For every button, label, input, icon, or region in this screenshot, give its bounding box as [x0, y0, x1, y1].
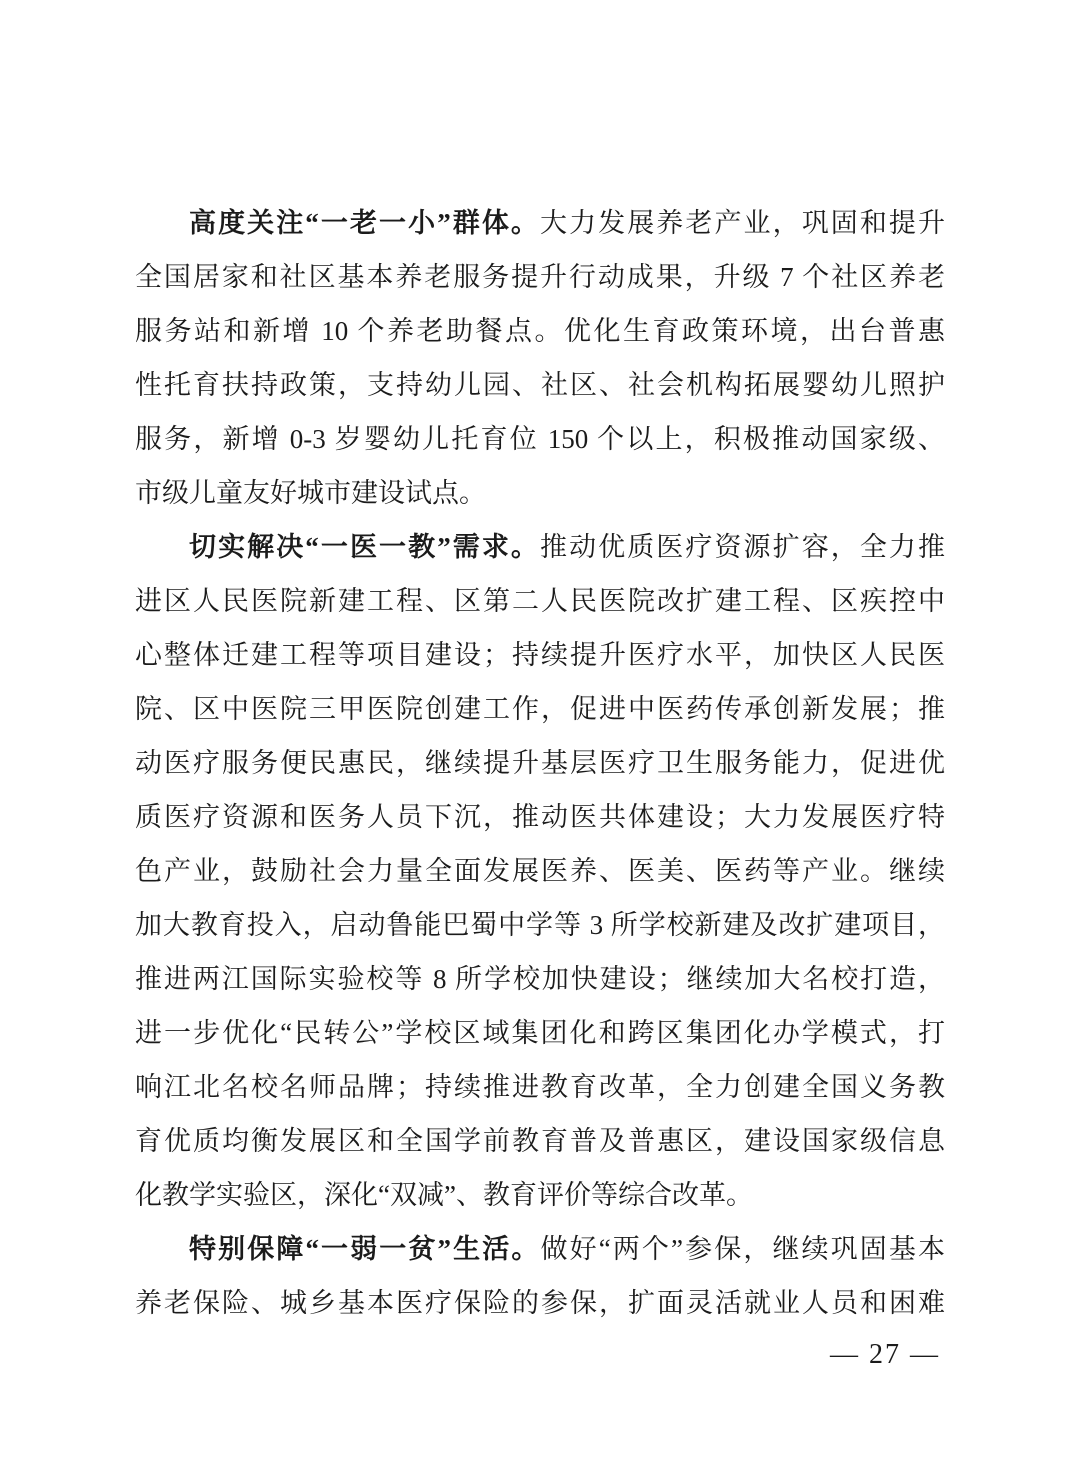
paragraph-text: 院、区中医院三甲医院创建工作，促进中医药传承创新发展；推: [135, 694, 945, 724]
paragraph-text: 质医疗资源和医务人员下沉，推动医共体建设；大力发展医疗特: [135, 802, 945, 832]
page-number-label: — 27 —: [830, 1339, 940, 1370]
text-line: 化教学实验区，深化“双减”、教育评价等综合改革。: [135, 1168, 945, 1222]
paragraph-text: 推动优质医疗资源扩容，全力推: [540, 532, 945, 562]
paragraph-lead-bold: 高度关注“一老一小”群体。: [189, 208, 540, 238]
text-line: 全国居家和社区基本养老服务提升行动成果，升级 7 个社区养老: [135, 250, 945, 304]
paragraph-text: 进区人民医院新建工程、区第二人民医院改扩建工程、区疾控中: [135, 586, 945, 616]
paragraph-text: 养老保险、城乡基本医疗保险的参保，扩面灵活就业人员和困难: [135, 1288, 945, 1318]
paragraph-text: 做好“两个”参保，继续巩固基本: [540, 1234, 945, 1264]
text-line: 特别保障“一弱一贫”生活。做好“两个”参保，继续巩固基本: [135, 1222, 945, 1276]
paragraph: 特别保障“一弱一贫”生活。做好“两个”参保，继续巩固基本养老保险、城乡基本医疗保…: [135, 1222, 945, 1330]
paragraph-text: 推进两江国际实验校等 8 所学校加快建设；继续加大名校打造，: [135, 964, 945, 994]
text-line: 推进两江国际实验校等 8 所学校加快建设；继续加大名校打造，: [135, 952, 945, 1006]
text-line: 高度关注“一老一小”群体。大力发展养老产业，巩固和提升: [135, 196, 945, 250]
paragraph-lead-bold: 特别保障“一弱一贫”生活。: [189, 1234, 540, 1264]
text-line: 性托育扶持政策，支持幼儿园、社区、社会机构拓展婴幼儿照护: [135, 358, 945, 412]
text-line: 服务站和新增 10 个养老助餐点。优化生育政策环境，出台普惠: [135, 304, 945, 358]
text-line: 服务，新增 0-3 岁婴幼儿托育位 150 个以上，积极推动国家级、: [135, 412, 945, 466]
paragraph-text: 大力发展养老产业，巩固和提升: [540, 208, 945, 238]
paragraph-text: 性托育扶持政策，支持幼儿园、社区、社会机构拓展婴幼儿照护: [135, 370, 945, 400]
text-line: 院、区中医院三甲医院创建工作，促进中医药传承创新发展；推: [135, 682, 945, 736]
document-body: 高度关注“一老一小”群体。大力发展养老产业，巩固和提升全国居家和社区基本养老服务…: [135, 196, 945, 1330]
document-page: 高度关注“一老一小”群体。大力发展养老产业，巩固和提升全国居家和社区基本养老服务…: [0, 0, 1074, 1458]
paragraph-text: 进一步优化“民转公”学校区域集团化和跨区集团化办学模式，打: [135, 1018, 945, 1048]
text-line: 动医疗服务便民惠民，继续提升基层医疗卫生服务能力，促进优: [135, 736, 945, 790]
text-line: 心整体迁建工程等项目建设；持续提升医疗水平，加快区人民医: [135, 628, 945, 682]
paragraph-text: 服务站和新增 10 个养老助餐点。优化生育政策环境，出台普惠: [135, 316, 945, 346]
text-line: 进区人民医院新建工程、区第二人民医院改扩建工程、区疾控中: [135, 574, 945, 628]
text-line: 育优质均衡发展区和全国学前教育普及普惠区，建设国家级信息: [135, 1114, 945, 1168]
paragraph-lead-bold: 切实解决“一医一教”需求。: [189, 532, 540, 562]
page-number: — 27 —: [830, 1338, 940, 1372]
paragraph-text: 全国居家和社区基本养老服务提升行动成果，升级 7 个社区养老: [135, 262, 945, 292]
paragraph-text: 化教学实验区，深化“双减”、教育评价等综合改革。: [135, 1180, 753, 1210]
text-line: 养老保险、城乡基本医疗保险的参保，扩面灵活就业人员和困难: [135, 1276, 945, 1330]
paragraph-text: 心整体迁建工程等项目建设；持续提升医疗水平，加快区人民医: [135, 640, 945, 670]
paragraph-text: 响江北名校名师品牌；持续推进教育改革，全力创建全国义务教: [135, 1072, 945, 1102]
text-line: 切实解决“一医一教”需求。推动优质医疗资源扩容，全力推: [135, 520, 945, 574]
text-line: 市级儿童友好城市建设试点。: [135, 466, 945, 520]
text-line: 质医疗资源和医务人员下沉，推动医共体建设；大力发展医疗特: [135, 790, 945, 844]
paragraph-text: 色产业，鼓励社会力量全面发展医养、医美、医药等产业。继续: [135, 856, 945, 886]
text-line: 色产业，鼓励社会力量全面发展医养、医美、医药等产业。继续: [135, 844, 945, 898]
paragraph: 切实解决“一医一教”需求。推动优质医疗资源扩容，全力推进区人民医院新建工程、区第…: [135, 520, 945, 1222]
paragraph-text: 动医疗服务便民惠民，继续提升基层医疗卫生服务能力，促进优: [135, 748, 945, 778]
paragraph: 高度关注“一老一小”群体。大力发展养老产业，巩固和提升全国居家和社区基本养老服务…: [135, 196, 945, 520]
paragraph-text: 服务，新增 0-3 岁婴幼儿托育位 150 个以上，积极推动国家级、: [135, 424, 945, 454]
text-line: 响江北名校名师品牌；持续推进教育改革，全力创建全国义务教: [135, 1060, 945, 1114]
paragraph-text: 加大教育投入，启动鲁能巴蜀中学等 3 所学校新建及改扩建项目，: [135, 910, 945, 940]
paragraph-text: 市级儿童友好城市建设试点。: [135, 478, 486, 508]
paragraph-text: 育优质均衡发展区和全国学前教育普及普惠区，建设国家级信息: [135, 1126, 945, 1156]
text-line: 进一步优化“民转公”学校区域集团化和跨区集团化办学模式，打: [135, 1006, 945, 1060]
text-line: 加大教育投入，启动鲁能巴蜀中学等 3 所学校新建及改扩建项目，: [135, 898, 945, 952]
